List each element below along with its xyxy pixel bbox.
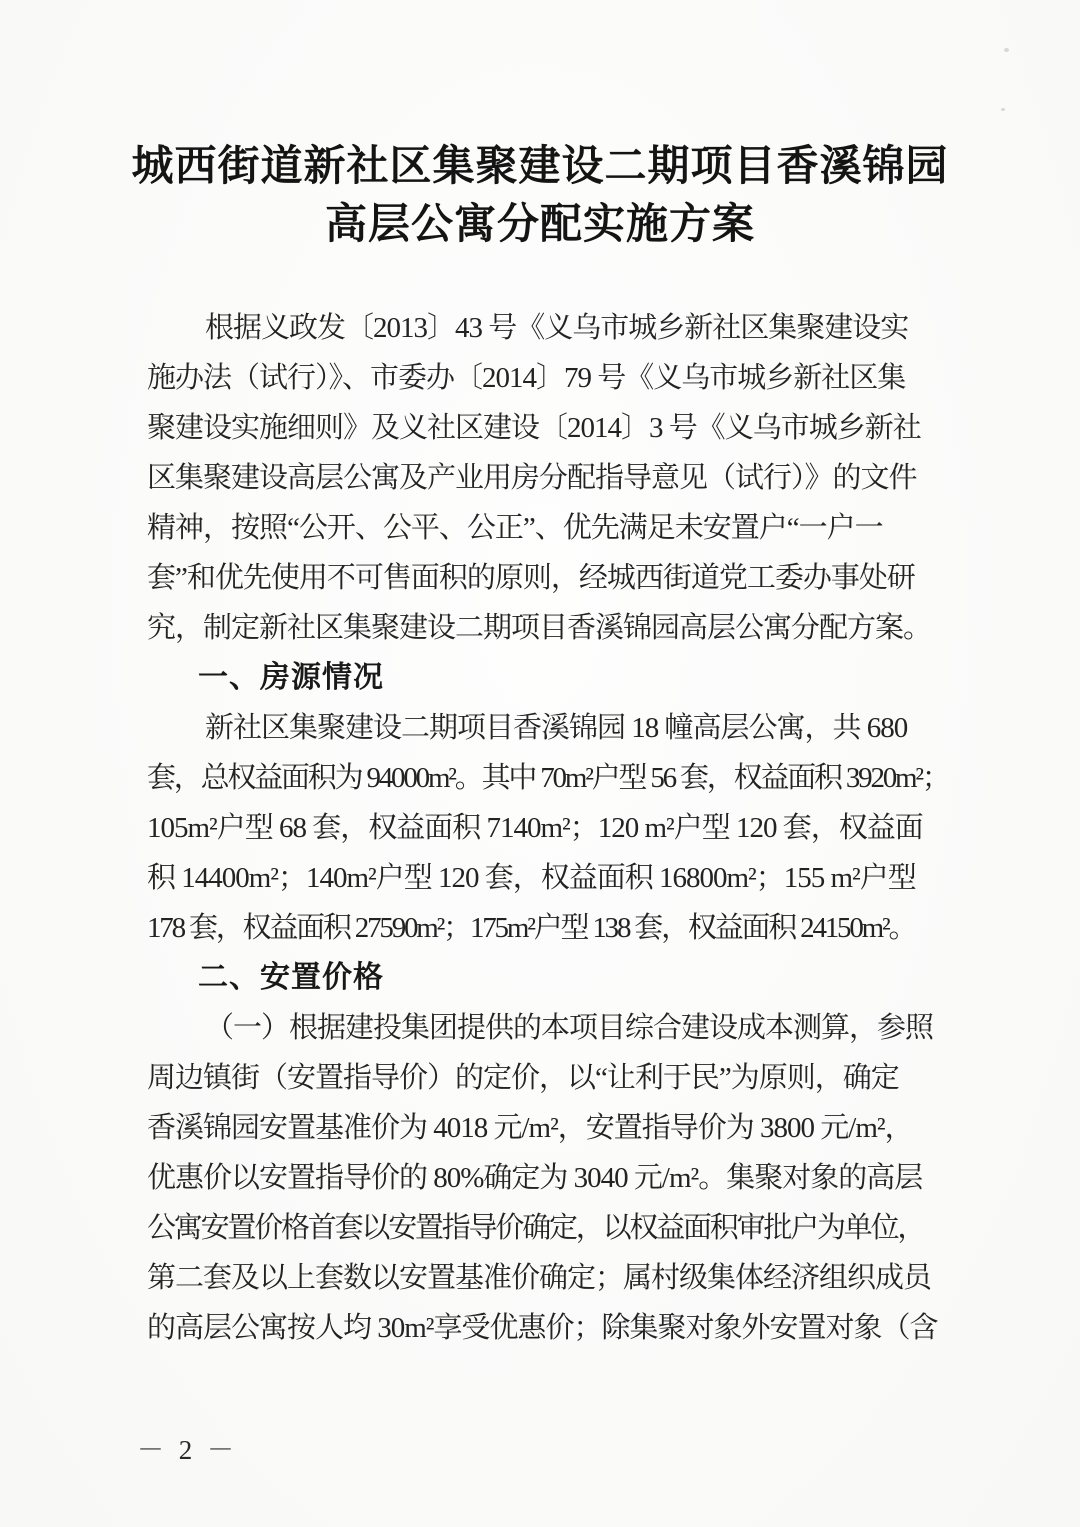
- intro-line: 精神，按照“公开、公平、公正”、优先满足未安置户“一户一: [147, 503, 953, 553]
- section2-line: 公寓安置价格首套以安置指导价确定，以权益面积审批户为单位，: [147, 1203, 953, 1253]
- section1-line: 178 套，权益面积 27590m²；175m²户型 138 套，权益面积 24…: [147, 903, 953, 953]
- intro-line: 聚建设实施细则》及义社区建设〔2014〕3 号《义乌市城乡新社: [147, 403, 953, 453]
- intro-line: 施办法（试行）》、市委办〔2014〕79 号《义乌市城乡新社区集: [147, 353, 953, 403]
- section1-line: 新社区集聚建设二期项目香溪锦园 18 幢高层公寓，共 680: [147, 703, 953, 753]
- section-heading-housing: 一、房源情况: [147, 653, 953, 703]
- section2-line: 优惠价以安置指导价的 80%确定为 3040 元/m²。集聚对象的高层: [147, 1153, 953, 1203]
- section2-line: 周边镇街（安置指导价）的定价，以“让利于民”为原则，确定: [147, 1053, 953, 1103]
- section-heading-pricing: 二、安置价格: [147, 953, 953, 1003]
- page-number: － 2 －: [137, 1428, 238, 1467]
- document-body: 根据义政发〔2013〕43 号《义乌市城乡新社区集聚建设实 施办法（试行）》、市…: [147, 303, 953, 1353]
- scan-artifact: [1001, 108, 1005, 111]
- document-title-line-1: 城西街道新社区集聚建设二期项目香溪锦园: [0, 138, 1080, 196]
- scanned-document-page: 城西街道新社区集聚建设二期项目香溪锦园 高层公寓分配实施方案 根据义政发〔201…: [0, 0, 1080, 1527]
- section2-line: 香溪锦园安置基准价为 4018 元/m²，安置指导价为 3800 元/m²，: [147, 1103, 953, 1153]
- section1-line: 105m²户型 68 套，权益面积 7140m²；120 m²户型 120 套，…: [147, 803, 953, 853]
- scan-artifact: [1004, 48, 1009, 52]
- intro-line: 根据义政发〔2013〕43 号《义乌市城乡新社区集聚建设实: [147, 303, 953, 353]
- document-title: 城西街道新社区集聚建设二期项目香溪锦园 高层公寓分配实施方案: [0, 138, 1080, 254]
- document-title-line-2: 高层公寓分配实施方案: [0, 196, 1080, 254]
- section1-line: 积 14400m²；140m²户型 120 套，权益面积 16800m²；155…: [147, 853, 953, 903]
- section1-line: 套，总权益面积为 94000m²。其中 70m²户型 56 套，权益面积 392…: [147, 753, 953, 803]
- section2-line: 第二套及以上套数以安置基准价确定；属村级集体经济组织成员: [147, 1253, 953, 1303]
- intro-line: 套”和优先使用不可售面积的原则，经城西街道党工委办事处研: [147, 553, 953, 603]
- intro-line: 区集聚建设高层公寓及产业用房分配指导意见（试行）》的文件: [147, 453, 953, 503]
- intro-line: 究，制定新社区集聚建设二期项目香溪锦园高层公寓分配方案。: [147, 603, 953, 653]
- section2-line: （一）根据建投集团提供的本项目综合建设成本测算，参照: [147, 1003, 953, 1053]
- section2-line: 的高层公寓按人均 30m²享受优惠价；除集聚对象外安置对象（含: [147, 1303, 953, 1353]
